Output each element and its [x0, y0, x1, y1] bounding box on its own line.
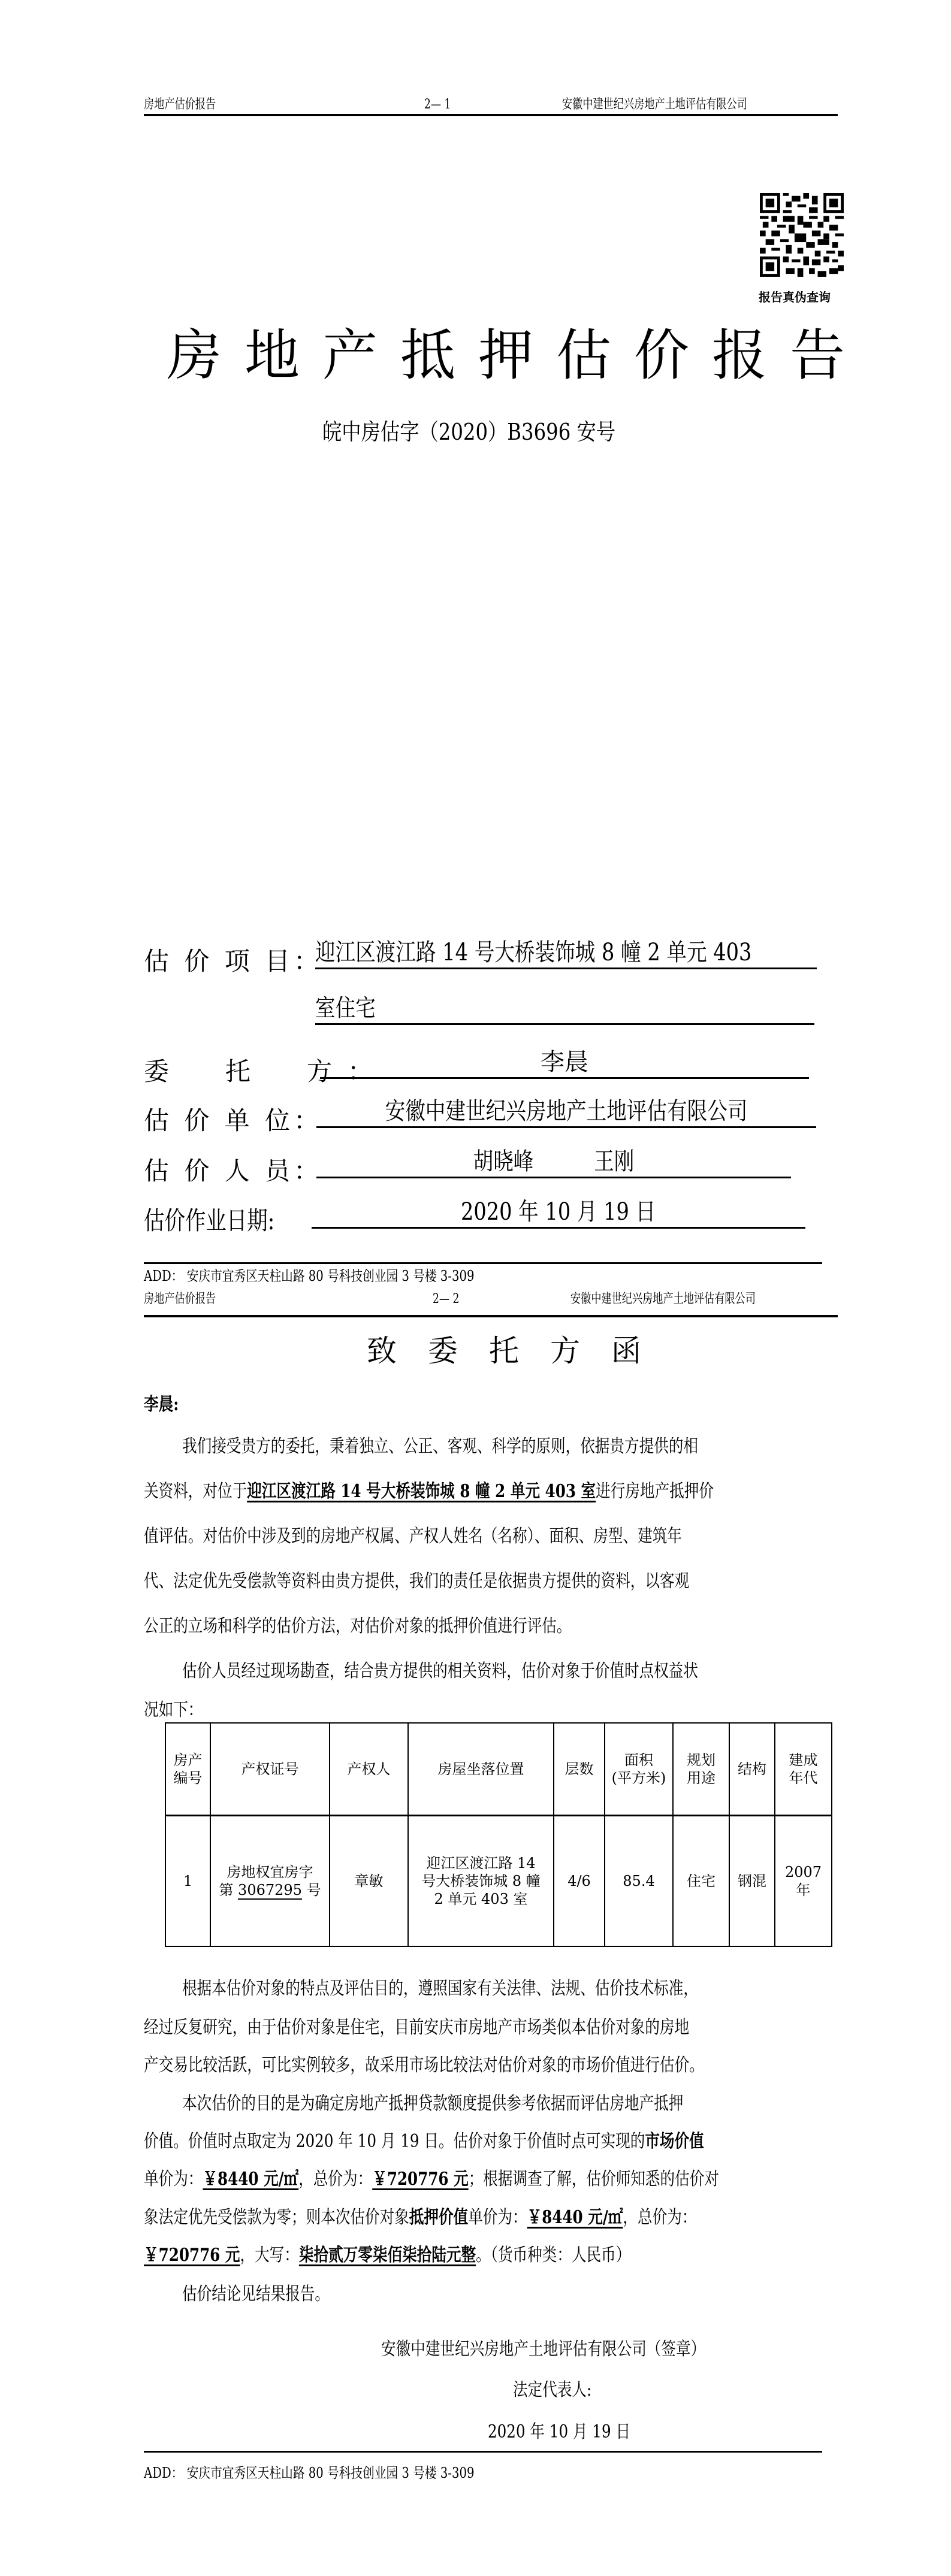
- amount-in-words: 柒拾贰万零柒佰柒拾陆元整: [299, 2245, 476, 2266]
- para2-line1: 估价人员经过现场勘查，结合贵方提供的相关资料，估价对象于价值时点权益状: [182, 1653, 698, 1689]
- col-header-year: 建成年代: [775, 1723, 832, 1815]
- document-number: 皖中房估字（2020）B3696 安号: [322, 413, 615, 446]
- table-row: 1 房地权宜房字第 3067295 号 章敏 迎江区渡江路 14号大桥装饰城 8…: [165, 1815, 832, 1946]
- field-label-valuer-company: 估 价 单 位：: [144, 1101, 322, 1137]
- signature-legal-rep: 法定代表人:: [513, 2372, 591, 2408]
- para3-line1: 根据本估价对象的特点及评估目的，遵照国家有关法律、法规、估价技术标准，: [182, 1971, 698, 2007]
- cell-floors: 4/6: [554, 1815, 605, 1946]
- footer-address: ADD： 安庆市宜秀区天柱山路 80 号科技创业园 3 号楼 3-309: [144, 2461, 475, 2482]
- header-rule: [144, 1315, 838, 1317]
- cell-cert: 房地权宜房字第 3067295 号: [210, 1815, 330, 1946]
- col-header-no: 房产编号: [165, 1723, 210, 1815]
- col-header-structure: 结构: [729, 1723, 775, 1815]
- page-header-company: 安徽中建世纪兴房地产土地评估有限公司: [570, 1292, 756, 1307]
- para5: 估价结论见结果报告。: [182, 2276, 330, 2312]
- property-table: 房产编号 产权证号 产权人 房屋坐落位置 层数 面积(平方米) 规划用途 结构 …: [165, 1722, 832, 1947]
- col-header-cert: 产权证号: [210, 1723, 330, 1815]
- para1-line3: 值评估。对估价中涉及到的房地产权属、产权人姓名（名称）、面积、房型、建筑年: [144, 1519, 682, 1555]
- field-value-date: 2020 年 10 月 19 日: [312, 1197, 805, 1229]
- para4-line3: 单价为：￥8440 元/㎡，总价为：￥720776 元；根据调查了解，估价师知悉…: [144, 2161, 719, 2197]
- salutation: 李晨:: [144, 1387, 179, 1423]
- market-total-price: ￥720776 元: [372, 2169, 468, 2190]
- page-header-left: 房地产估价报告: [144, 97, 216, 113]
- letter-title: 致委托方函: [367, 1327, 672, 1370]
- para4-line4: 象法定优先受偿款为零；则本次估价对象抵押价值单价为：￥8440 元/㎡，总价为：: [144, 2200, 696, 2236]
- qr-code-icon[interactable]: [760, 193, 844, 277]
- field-value-client: 李晨: [320, 1047, 809, 1079]
- field-label-date: 估价作业日期:: [144, 1201, 303, 1237]
- footer-rule: [144, 2451, 822, 2453]
- signature-date: 2020 年 10 月 19 日: [488, 2414, 630, 2450]
- page-header-left: 房地产估价报告: [144, 1292, 216, 1307]
- col-header-floors: 层数: [554, 1723, 605, 1815]
- para1-line2: 关资料，对位于迎江区渡江路 14 号大桥装饰城 8 幢 2 单元 403 室进行…: [144, 1474, 714, 1510]
- cell-no: 1: [165, 1815, 210, 1946]
- field-value-valuer-company: 安徽中建世纪兴房地产土地评估有限公司: [316, 1096, 816, 1128]
- col-header-owner: 产权人: [330, 1723, 408, 1815]
- cell-structure: 钢混: [729, 1815, 775, 1946]
- property-address: 迎江区渡江路 14 号大桥装饰城 8 幢 2 单元 403 室: [247, 1481, 596, 1502]
- field-label-project: 估 价 项 目：: [144, 942, 322, 978]
- para4-line5: ￥720776 元，大写：柒拾贰万零柒佰柒拾陆元整。（货币种类：人民币）: [144, 2238, 630, 2273]
- field-value-project-line1: 迎江区渡江路 14 号大桥装饰城 8 幢 2 单元 403: [315, 938, 817, 969]
- col-header-area: 面积(平方米): [605, 1723, 673, 1815]
- cell-year: 2007 年: [775, 1815, 832, 1946]
- cell-location: 迎江区渡江路 14号大桥装饰城 8 幢2 单元 403 室: [408, 1815, 554, 1946]
- para3-line2: 经过反复研究，由于估价对象是住宅，目前安庆市房地产市场类似本估价对象的房地: [144, 2010, 689, 2046]
- para3-line3: 产交易比较活跃，可比实例较多，故采用市场比较法对估价对象的市场价值进行估价。: [144, 2048, 704, 2084]
- col-header-use: 规划用途: [673, 1723, 729, 1815]
- field-value-valuers: 胡晓峰 王刚: [316, 1147, 791, 1178]
- cell-use: 住宅: [673, 1815, 729, 1946]
- page-header-company: 安徽中建世纪兴房地产土地评估有限公司: [562, 97, 747, 113]
- signature-company: 安徽中建世纪兴房地产土地评估有限公司（签章）: [381, 2332, 705, 2368]
- mortgage-total-price: ￥720776 元: [144, 2245, 240, 2266]
- para1-line1: 我们接受贵方的委托，秉着独立、公正、客观、科学的原则，依据贵方提供的相: [182, 1429, 698, 1465]
- qr-label: 报告真伪查询: [759, 288, 831, 305]
- para1-line5: 公正的立场和科学的估价方法，对估价对象的抵押价值进行评估。: [144, 1609, 571, 1644]
- col-header-location: 房屋坐落位置: [408, 1723, 554, 1815]
- para4-line2: 价值。价值时点取定为 2020 年 10 月 19 日。估价对象于价值时点可实现…: [144, 2124, 704, 2160]
- cert-number: 3067295: [238, 1882, 302, 1898]
- mortgage-unit-price: ￥8440 元/㎡: [527, 2207, 623, 2228]
- cell-area: 85.4: [605, 1815, 673, 1946]
- header-rule: [144, 114, 838, 116]
- page-number: 2— 2: [433, 1292, 459, 1307]
- page-number: 2— 1: [424, 97, 451, 113]
- market-unit-price: ￥8440 元/㎡: [203, 2169, 298, 2190]
- cell-owner: 章敏: [330, 1815, 408, 1946]
- report-title: 房地产抵押估价报告: [167, 312, 868, 391]
- field-value-project-line2: 室住宅: [315, 993, 814, 1025]
- para1-line4: 代、法定优先受偿款等资料由贵方提供，我们的责任是依据贵方提供的资料，以客观: [144, 1564, 689, 1600]
- para4-line1: 本次估价的目的是为确定房地产抵押贷款额度提供参考依据而评估房地产抵押: [182, 2086, 683, 2122]
- footer-address: ADD： 安庆市宜秀区天柱山路 80 号科技创业园 3 号楼 3-309: [144, 1264, 475, 1285]
- table-header-row: 房产编号 产权证号 产权人 房屋坐落位置 层数 面积(平方米) 规划用途 结构 …: [165, 1723, 832, 1815]
- field-label-valuers: 估 价 人 员：: [144, 1151, 322, 1187]
